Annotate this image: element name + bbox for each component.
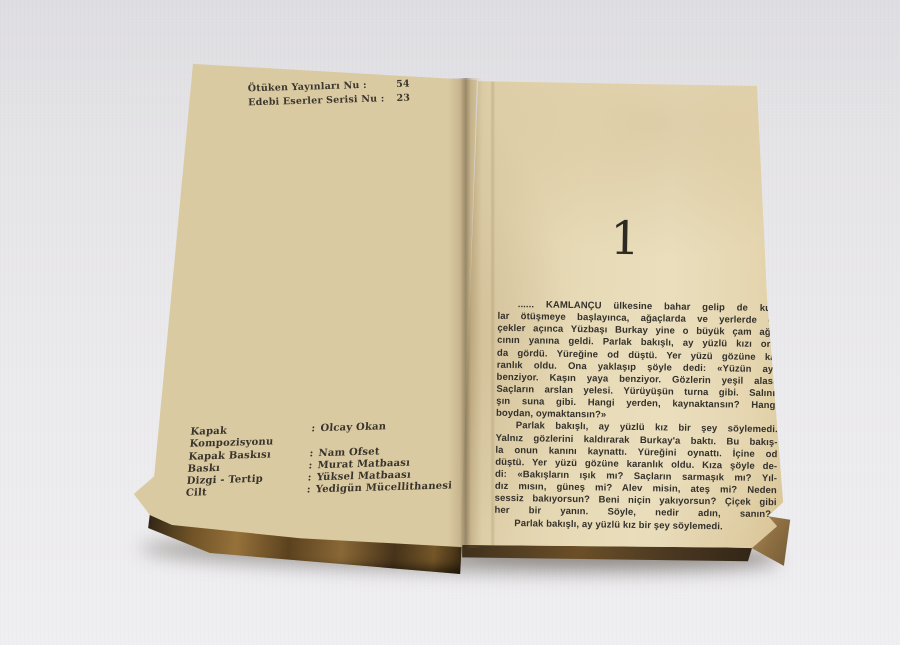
colophon-label: Kapak Kompozisyonu [189,423,307,451]
colophon-colon: : [302,472,317,485]
colophon-block: Kapak Kompozisyonu:Olcay OkanKapak Baskı… [185,419,463,501]
publisher-series-info: Ötüken Yayınları Nu :54Edebi Eserler Ser… [248,78,411,111]
colophon-value: Yedigün Mücellithanesi [315,481,458,497]
colophon-label: Cilt [185,485,302,501]
colophon-colon: : [304,448,319,461]
series-number: 23 [396,92,410,106]
open-book: Ötüken Yayınları Nu :54Edebi Eserler Ser… [0,0,900,645]
right-page: 1 ...... KAMLANÇU ülkesine bahar gelip d… [455,75,795,555]
series-label: Edebi Eserler Serisi Nu : [248,92,385,110]
body-text: ...... KAMLANÇU ülkesine bahar gelip de … [494,299,780,534]
colophon-colon: : [303,460,318,473]
series-number: 54 [396,78,410,92]
left-page: Ötüken Yayınları Nu :54Edebi Eserler Ser… [130,60,480,552]
photo-of-open-book: { "book": { "left_page": { "series_info"… [0,0,900,645]
chapter-number: 1 [605,211,646,266]
colophon-colon: : [301,485,316,498]
